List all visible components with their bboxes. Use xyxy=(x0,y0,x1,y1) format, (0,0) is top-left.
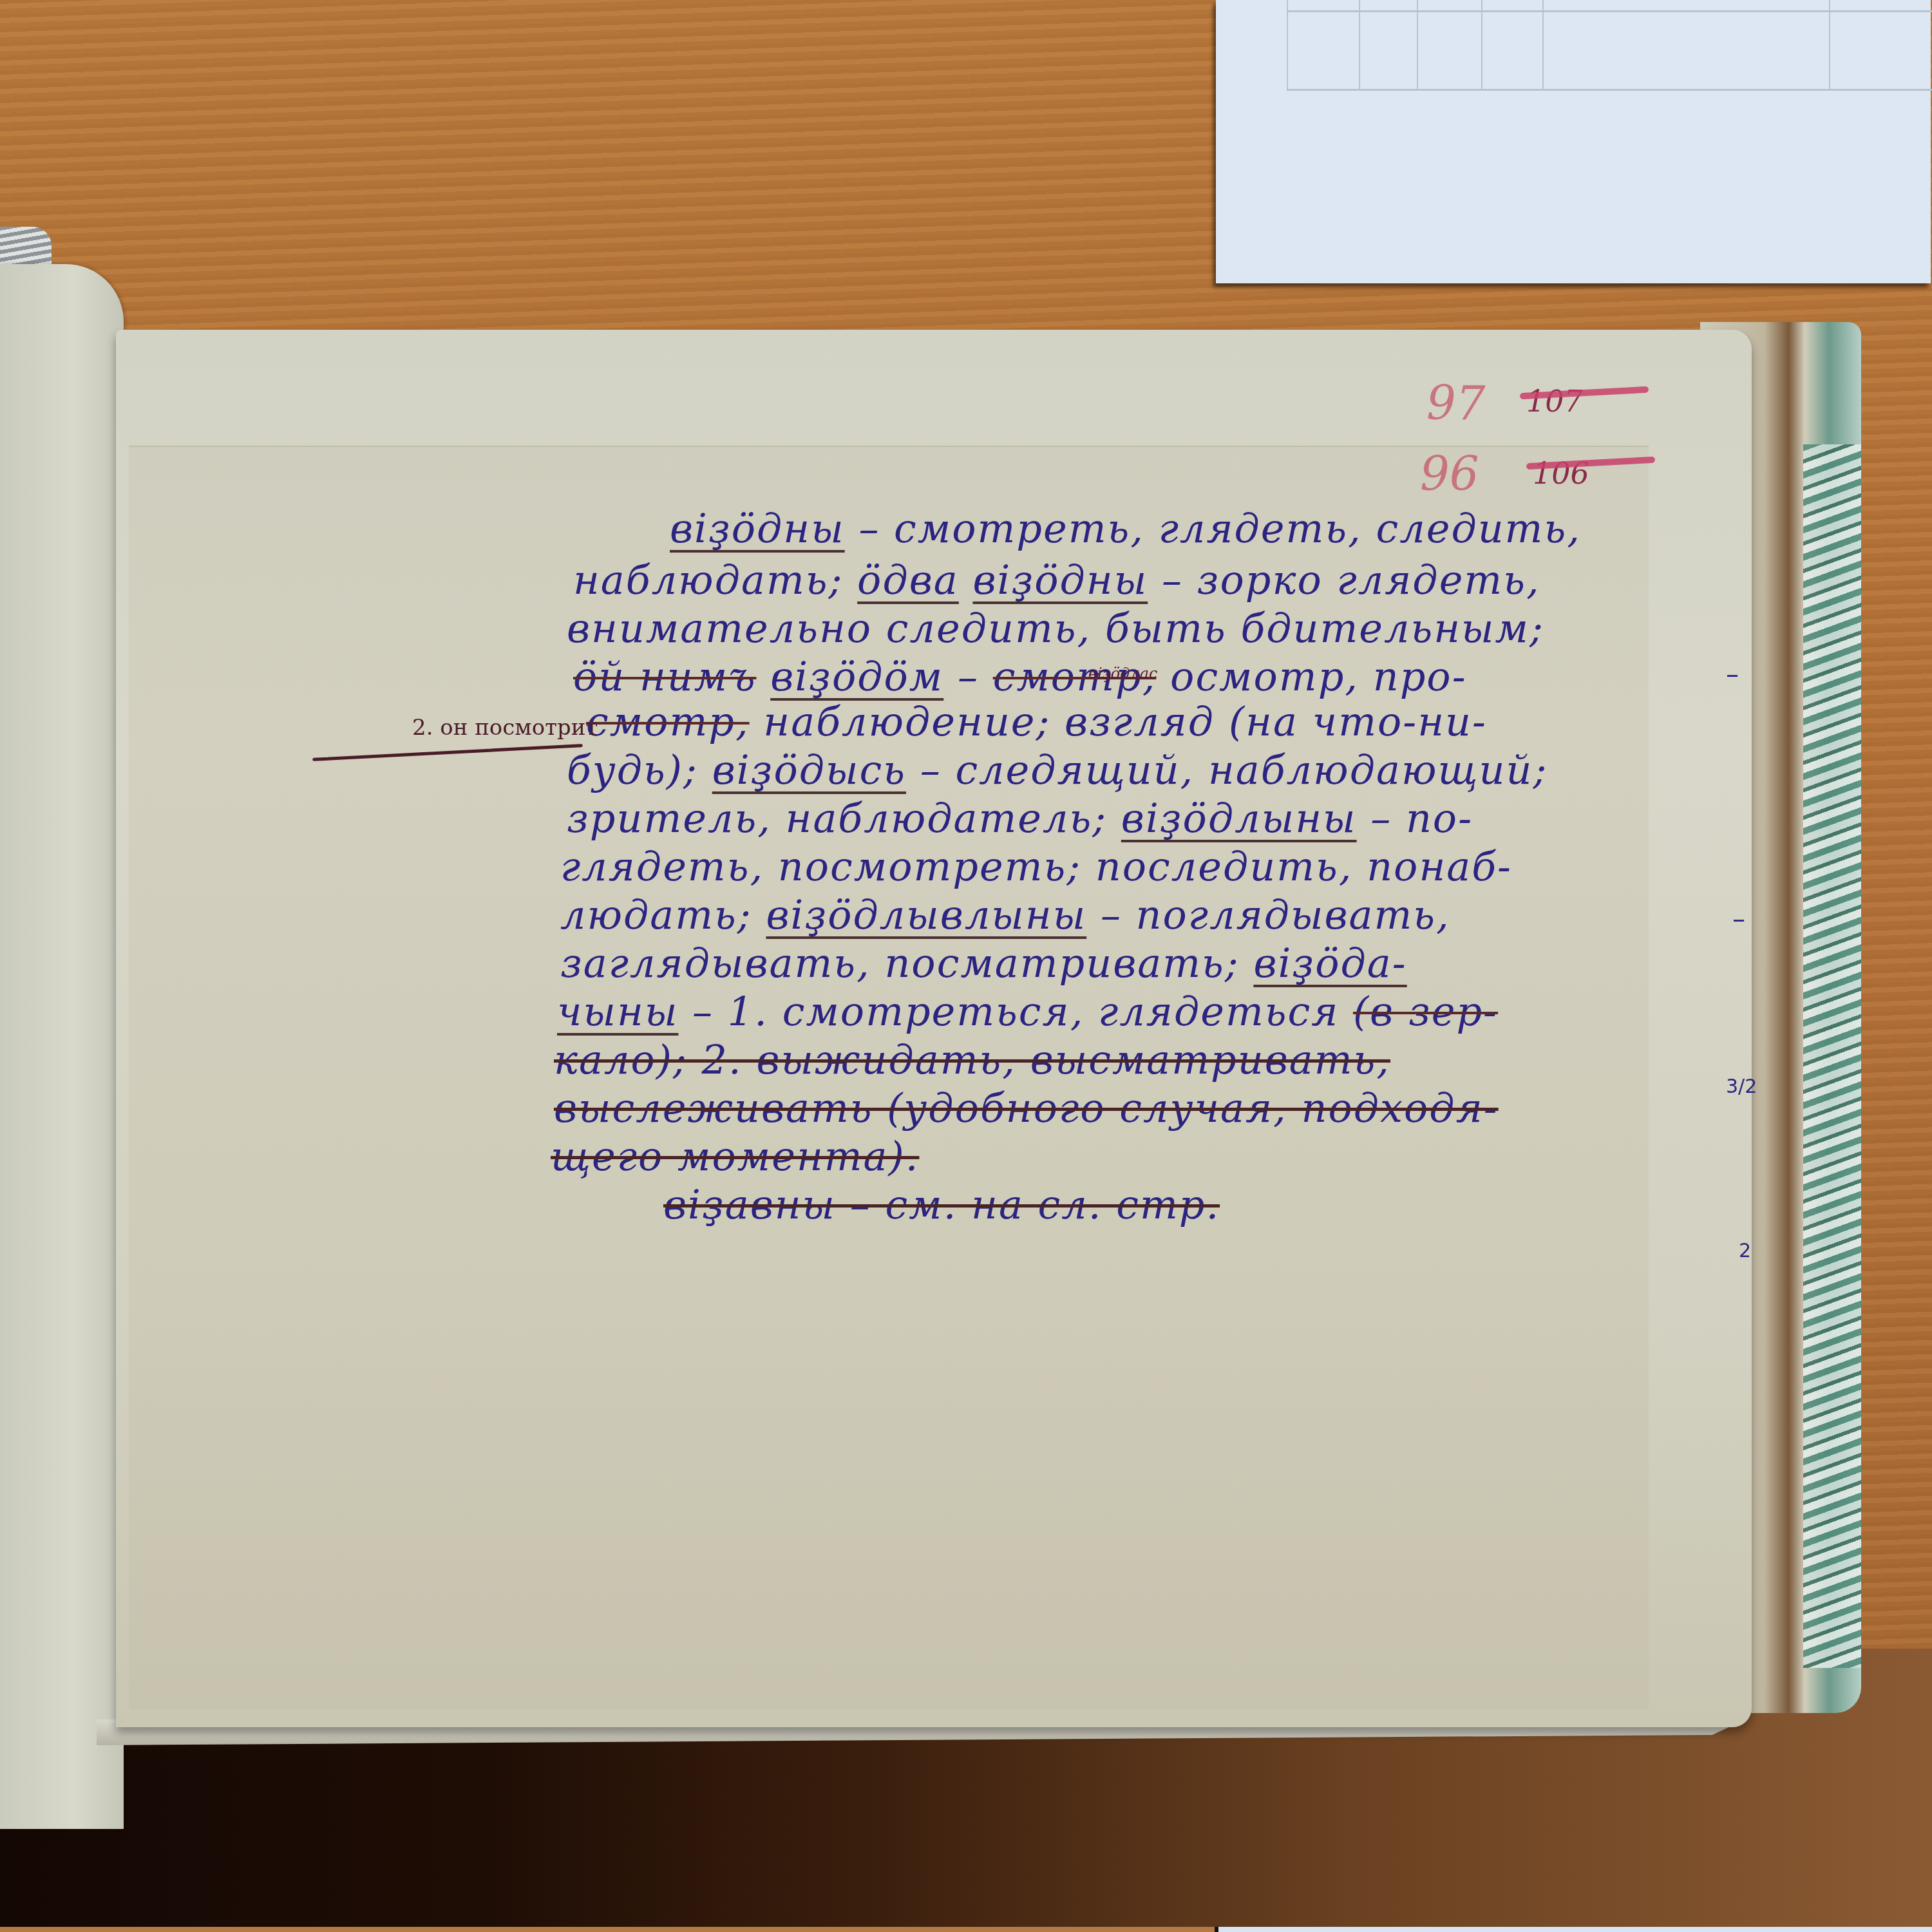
printed-white-sheet xyxy=(1216,0,1931,283)
entry-line-3: внимательно следить, быть бдительным; xyxy=(567,609,1544,649)
right-margin-mark: 2 xyxy=(1739,1240,1751,1262)
margin-annotation: 2. он посмотрит xyxy=(412,715,598,741)
entry-line-11: чыны – 1. смотреться, глядеться (в зер- xyxy=(557,992,1498,1032)
headword: віҙӧдӧм xyxy=(770,653,943,700)
image-wrap-artifact-strip xyxy=(0,1927,1932,1932)
entry-line-5: смотр, наблюдение; взгляд (на что-ни- xyxy=(586,702,1487,742)
entry-line-14-struck: щего момента). xyxy=(551,1137,919,1177)
right-margin-mark: – xyxy=(1726,660,1739,690)
headword: віҙӧдысь xyxy=(712,746,906,793)
entry-line-6: будь); віҙӧдысь – следящий, наблюдающий; xyxy=(567,750,1548,790)
headword: віҙӧдлывлыны xyxy=(766,891,1086,938)
printed-grid-table xyxy=(1287,0,1932,91)
entry-line-15-struck: віҙавны – см. на сл. стр. xyxy=(663,1185,1220,1225)
headword: ӧдва xyxy=(857,556,959,603)
right-margin-mark: 3/2 xyxy=(1726,1075,1757,1098)
headword: чыны xyxy=(557,988,678,1035)
headword: віҙӧдны xyxy=(973,556,1148,603)
page-number-current-2: 96 xyxy=(1420,451,1479,497)
entry-line-2: наблюдать; ӧдва віҙӧдны – зорко глядеть, xyxy=(573,560,1540,600)
entry-line-9: людать; віҙӧдлывлыны – поглядывать, xyxy=(560,895,1450,935)
entry-line-12-struck: кало); 2. выжидать, высматривать, xyxy=(554,1040,1390,1080)
page-number-current: 97 xyxy=(1426,380,1486,426)
left-page xyxy=(0,264,124,1829)
insert-annotation: віҙӧдлас xyxy=(1088,665,1157,683)
headword: віҙӧдны xyxy=(670,505,845,552)
entry-line-4: ӧй нимъ віҙӧдӧм – смотр, осмотр, про- xyxy=(573,657,1467,697)
entry-line-8: глядеть, посмотреть; последить, понаб- xyxy=(560,847,1512,887)
marbled-cover-edge xyxy=(1803,444,1861,1668)
entry-line-1: віҙӧдны – смотреть, глядеть, следить, xyxy=(670,509,1581,549)
entry-line-13-struck: выслеживать (удобного случая, подходя- xyxy=(554,1088,1499,1128)
book-spine-binding xyxy=(0,227,52,265)
headword: віҙӧда- xyxy=(1253,940,1406,987)
entry-line-10: заглядывать, посматривать; віҙӧда- xyxy=(560,943,1407,983)
entry-line-7: зритель, наблюдатель; віҙӧдлыны – по- xyxy=(567,799,1473,838)
right-margin-mark: – xyxy=(1732,905,1745,934)
headword: віҙӧдлыны xyxy=(1121,795,1357,842)
